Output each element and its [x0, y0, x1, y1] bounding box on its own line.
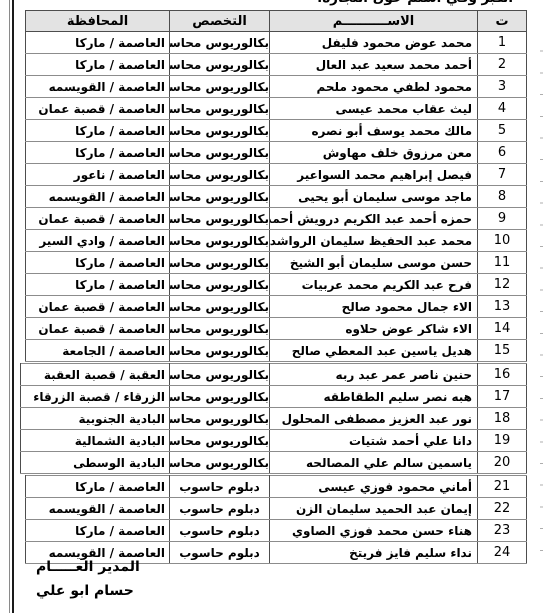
page-border-line-thin — [9, 0, 10, 613]
table-row: 19دانا علي أحمد شتياتبكالوريوس محاسبةالب… — [21, 430, 527, 452]
header-governorate: المحافظة — [26, 11, 170, 32]
table-header-row: ت الاســــــــــم التخصص المحافظة — [26, 11, 527, 32]
governorate-cell: العاصمة / قصبة عمان — [26, 318, 170, 340]
governorate-cell: الزرقاء / قصبة الزرقاء — [21, 386, 170, 408]
table-row: 22إيمان عبد الحميد سليمان الزندبلوم حاسو… — [26, 498, 527, 520]
row-number: 7 — [478, 164, 527, 186]
governorate-cell: العاصمة / القويسمه — [26, 76, 170, 98]
table-row: 5مالك محمد يوسف أبو نصرهبكالوريوس محاسبة… — [26, 120, 527, 142]
name-cell: دانا علي أحمد شتيات — [270, 430, 478, 452]
table-row: 23هناء حسن محمد فوزي الصاويدبلوم حاسوبال… — [26, 520, 527, 542]
row-number: 18 — [478, 408, 527, 430]
specialization-cell: بكالوريوس محاسبة — [170, 186, 270, 208]
row-number: 13 — [478, 296, 527, 318]
clipped-heading-text: الكبر وفي اسلم حول التجاره. — [317, 0, 513, 7]
table-row: 8ماجد موسى سليمان أبو يحيىبكالوريوس محاس… — [26, 186, 527, 208]
table-row: 10محمد عبد الحفيظ سليمان الرواشدهبكالوري… — [26, 230, 527, 252]
specialization-cell: بكالوريوس محاسبة — [170, 32, 270, 54]
specialization-cell: بكالوريوس محاسبة — [170, 208, 270, 230]
row-number: 16 — [478, 364, 527, 386]
table-row: 21أماني محمود فوزي عيسىدبلوم حاسوبالعاصم… — [26, 476, 527, 498]
row-number: 5 — [478, 120, 527, 142]
name-cell: هبه نصر سليم الطقاطقه — [270, 386, 478, 408]
table-row: 11حسن موسى سليمان أبو الشيخبكالوريوس محا… — [26, 252, 527, 274]
governorate-cell: العاصمة / وادي السير — [26, 230, 170, 252]
row-number: 19 — [478, 430, 527, 452]
governorate-cell: العاصمة / ماركا — [26, 520, 170, 542]
signature-title: المدير العـــــام — [36, 555, 140, 579]
row-number: 2 — [478, 54, 527, 76]
specialization-cell: بكالوريوس محاسبة — [170, 430, 270, 452]
row-number: 17 — [478, 386, 527, 408]
table-section-bachelor-capital: ت الاســــــــــم التخصص المحافظة 1محمد … — [25, 10, 527, 362]
governorate-cell: العاصمة / القويسمه — [26, 498, 170, 520]
table-row: 2أحمد محمد سعيد عبد العالبكالوريوس محاسب… — [26, 54, 527, 76]
table-row: 13الاء جمال محمود صالحبكالوريوس محاسبةال… — [26, 296, 527, 318]
governorate-cell: العاصمة / قصبة عمان — [26, 98, 170, 120]
row-number: 20 — [478, 452, 527, 474]
table-row: 15هديل ياسين عبد المعطي صالحبكالوريوس مح… — [26, 340, 527, 362]
row-number: 11 — [478, 252, 527, 274]
specialization-cell: بكالوريوس محاسبة — [170, 142, 270, 164]
row-number: 24 — [478, 542, 527, 564]
table-row: 17هبه نصر سليم الطقاطقهبكالوريوس محاسبةا… — [21, 386, 527, 408]
table-row: 20ياسمين سالم علي المصالحهبكالوريوس محاس… — [21, 452, 527, 474]
name-cell: مالك محمد يوسف أبو نصره — [270, 120, 478, 142]
specialization-cell: بكالوريوس محاسبة — [170, 76, 270, 98]
name-cell: الاء جمال محمود صالح — [270, 296, 478, 318]
table-row: 12فرح عبد الكريم محمد عربياتبكالوريوس مح… — [26, 274, 527, 296]
signature-block: المدير العـــــام حسام ابو علي — [36, 555, 140, 603]
page-border-line-thick — [12, 0, 14, 613]
name-cell: ليث عقاب محمد عيسى — [270, 98, 478, 120]
specialization-cell: بكالوريوس محاسبة — [170, 296, 270, 318]
governorate-cell: العاصمة / قصبة عمان — [26, 208, 170, 230]
row-number: 14 — [478, 318, 527, 340]
specialization-cell: بكالوريوس محاسبة — [170, 408, 270, 430]
applicants-table: ت الاســــــــــم التخصص المحافظة 1محمد … — [20, 10, 527, 564]
row-number: 3 — [478, 76, 527, 98]
governorate-cell: البادية الشمالية — [21, 430, 170, 452]
table-row: 1محمد عوض محمود فليفلبكالوريوس محاسبةالع… — [26, 32, 527, 54]
name-cell: محمود لطفي محمود ملحم — [270, 76, 478, 98]
governorate-cell: العاصمة / ماركا — [26, 142, 170, 164]
governorate-cell: البادية الوسطى — [21, 452, 170, 474]
governorate-cell: العاصمة / ماركا — [26, 274, 170, 296]
table-row: 3محمود لطفي محمود ملحمبكالوريوس محاسبةال… — [26, 76, 527, 98]
table-row: 9حمزه أحمد عبد الكريم درويش أحمدبكالوريو… — [26, 208, 527, 230]
governorate-cell: العاصمة / ماركا — [26, 32, 170, 54]
governorate-cell: العاصمة / ماركا — [26, 476, 170, 498]
name-cell: فيصل إبراهيم محمد السواعير — [270, 164, 478, 186]
specialization-cell: بكالوريوس محاسبة — [170, 452, 270, 474]
document-page: الكبر وفي اسلم حول التجاره. ت الاســــــ… — [0, 0, 543, 613]
name-cell: هناء حسن محمد فوزي الصاوي — [270, 520, 478, 542]
name-cell: حمزه أحمد عبد الكريم درويش أحمد — [270, 208, 478, 230]
table-row: 6معن مرزوق خلف مهاوشبكالوريوس محاسبةالعا… — [26, 142, 527, 164]
name-cell: حنين ناصر عمر عبد ربه — [270, 364, 478, 386]
name-cell: أماني محمود فوزي عيسى — [270, 476, 478, 498]
table-section-bachelor-other: 16حنين ناصر عمر عبد ربهبكالوريوس محاسبةا… — [20, 363, 527, 474]
signature-name: حسام ابو علي — [36, 579, 140, 603]
row-number: 12 — [478, 274, 527, 296]
table-row: 4ليث عقاب محمد عيسىبكالوريوس محاسبةالعاص… — [26, 98, 527, 120]
name-cell: حسن موسى سليمان أبو الشيخ — [270, 252, 478, 274]
header-number: ت — [478, 11, 527, 32]
governorate-cell: العاصمة / الجامعة — [26, 340, 170, 362]
specialization-cell: بكالوريوس محاسبة — [170, 164, 270, 186]
specialization-cell: دبلوم حاسوب — [170, 498, 270, 520]
name-cell: محمد عبد الحفيظ سليمان الرواشده — [270, 230, 478, 252]
governorate-cell: العاصمة / ماركا — [26, 120, 170, 142]
header-specialization: التخصص — [170, 11, 270, 32]
specialization-cell: بكالوريوس محاسبة — [170, 318, 270, 340]
specialization-cell: بكالوريوس محاسبة — [170, 54, 270, 76]
specialization-cell: بكالوريوس محاسبة — [170, 230, 270, 252]
table-row: 18نور عبد العزيز مصطفى المحلولبكالوريوس … — [21, 408, 527, 430]
governorate-cell: البادية الجنوبية — [21, 408, 170, 430]
name-cell: نداء سليم فايز فريتخ — [270, 542, 478, 564]
name-cell: معن مرزوق خلف مهاوش — [270, 142, 478, 164]
row-number: 10 — [478, 230, 527, 252]
specialization-cell: بكالوريوس محاسبة — [170, 120, 270, 142]
row-number: 1 — [478, 32, 527, 54]
name-cell: إيمان عبد الحميد سليمان الزن — [270, 498, 478, 520]
row-number: 8 — [478, 186, 527, 208]
table-section-diploma: 21أماني محمود فوزي عيسىدبلوم حاسوبالعاصم… — [25, 475, 527, 564]
name-cell: أحمد محمد سعيد عبد العال — [270, 54, 478, 76]
row-number: 4 — [478, 98, 527, 120]
specialization-cell: بكالوريوس محاسبة — [170, 340, 270, 362]
row-number: 6 — [478, 142, 527, 164]
name-cell: نور عبد العزيز مصطفى المحلول — [270, 408, 478, 430]
row-number: 15 — [478, 340, 527, 362]
name-cell: هديل ياسين عبد المعطي صالح — [270, 340, 478, 362]
row-number: 23 — [478, 520, 527, 542]
governorate-cell: العاصمة / ماركا — [26, 252, 170, 274]
name-cell: فرح عبد الكريم محمد عربيات — [270, 274, 478, 296]
governorate-cell: العاصمة / ناعور — [26, 164, 170, 186]
table-row: 7فيصل إبراهيم محمد السواعيربكالوريوس محا… — [26, 164, 527, 186]
specialization-cell: بكالوريوس محاسبة — [170, 364, 270, 386]
name-cell: الاء شاكر عوض حلاوه — [270, 318, 478, 340]
row-number: 21 — [478, 476, 527, 498]
row-number: 22 — [478, 498, 527, 520]
specialization-cell: بكالوريوس محاسبة — [170, 386, 270, 408]
name-cell: ياسمين سالم علي المصالحه — [270, 452, 478, 474]
governorate-cell: العاصمة / ماركا — [26, 54, 170, 76]
table-row: 14الاء شاكر عوض حلاوهبكالوريوس محاسبةالع… — [26, 318, 527, 340]
governorate-cell: العاصمة / القويسمه — [26, 186, 170, 208]
name-cell: ماجد موسى سليمان أبو يحيى — [270, 186, 478, 208]
governorate-cell: العاصمة / قصبة عمان — [26, 296, 170, 318]
specialization-cell: بكالوريوس محاسبة — [170, 98, 270, 120]
row-number: 9 — [478, 208, 527, 230]
table-row: 16حنين ناصر عمر عبد ربهبكالوريوس محاسبةا… — [21, 364, 527, 386]
name-cell: محمد عوض محمود فليفل — [270, 32, 478, 54]
specialization-cell: بكالوريوس محاسبة — [170, 274, 270, 296]
specialization-cell: دبلوم حاسوب — [170, 476, 270, 498]
specialization-cell: دبلوم حاسوب — [170, 542, 270, 564]
specialization-cell: دبلوم حاسوب — [170, 520, 270, 542]
header-name: الاســــــــــم — [270, 11, 478, 32]
governorate-cell: العقبة / قصبة العقبة — [21, 364, 170, 386]
specialization-cell: بكالوريوس محاسبة — [170, 252, 270, 274]
